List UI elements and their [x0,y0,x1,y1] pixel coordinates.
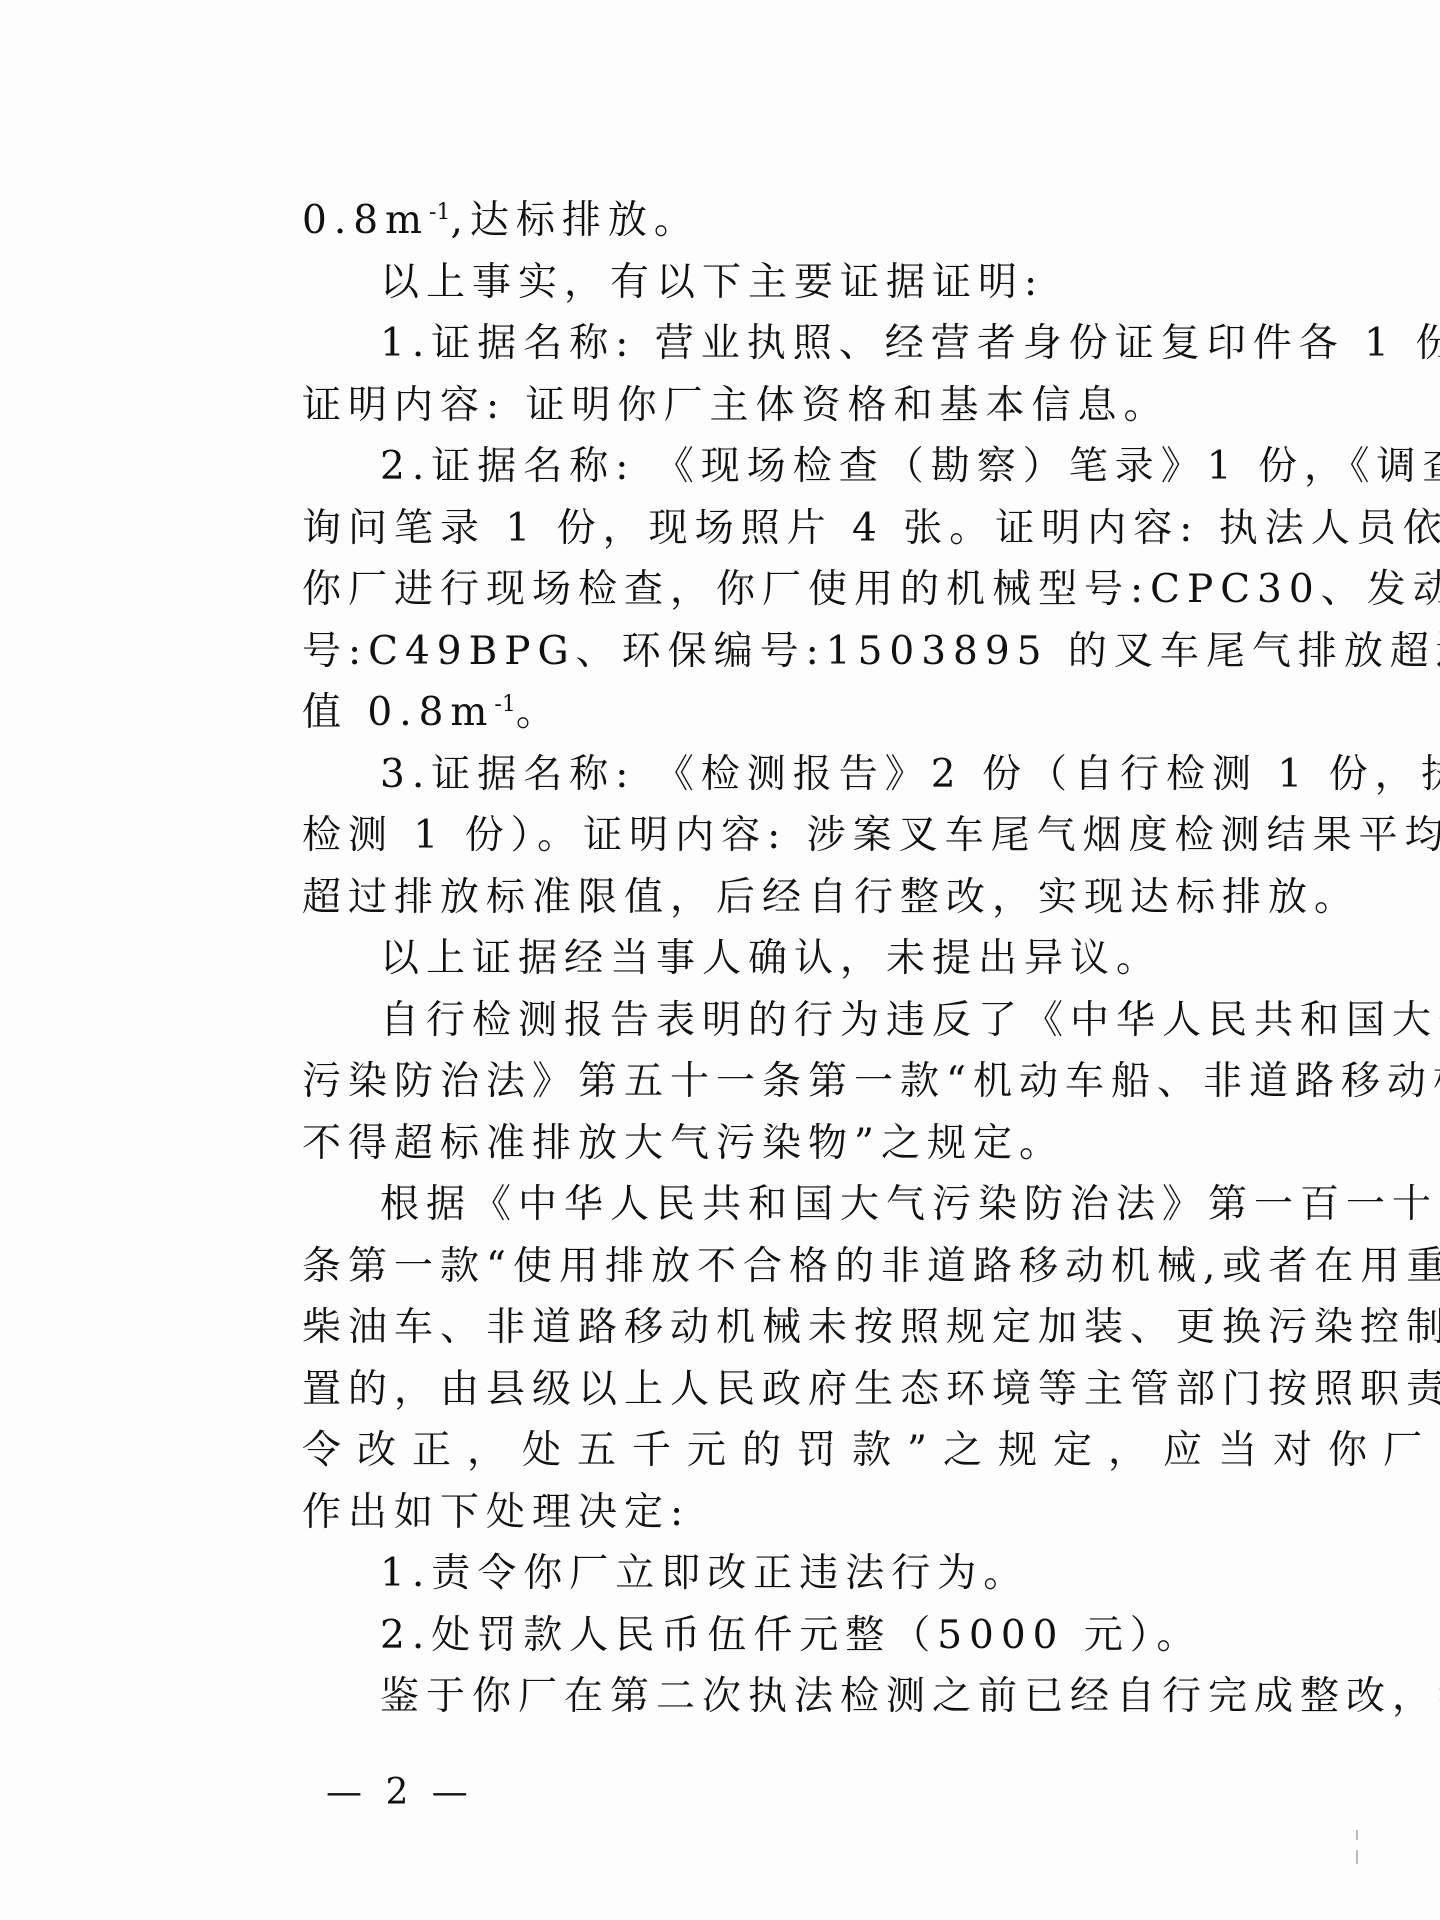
text-line: 以上证据经当事人确认，未提出异议。 [302,928,1278,990]
decision-2: 2.处罚款人民币伍仟元整（5000 元）。 [302,1605,1278,1667]
text-run: 。 [516,690,562,735]
superscript: -1 [494,692,515,717]
document-page: 0.8m-1,达标排放。 以上事实，有以下主要证据证明: 1.证据名称: 营业执… [0,0,1440,1920]
text-line: 鉴于你厂在第二次执法检测之前已经自行完成整改，我 [302,1666,1278,1728]
evidence-2: 2.证据名称: 《现场检查（勘察）笔录》1 份，《调查 [302,436,1278,498]
text-line: 污染防治法》第五十一条第一款“机动车船、非道路移动机械 [302,1051,1278,1113]
scan-edge-mark [1356,1830,1358,1840]
text-line: 条第一款“使用排放不合格的非道路移动机械,或者在用重型 [302,1236,1278,1298]
text-run: 0.8m [302,198,429,243]
scan-edge-mark [1356,1850,1358,1864]
text-line: 置的，由县级以上人民政府生态环境等主管部门按照职责责 [302,1359,1278,1421]
document-body: 0.8m-1,达标排放。 以上事实，有以下主要证据证明: 1.证据名称: 营业执… [302,190,1278,1728]
text-line: 0.8m-1,达标排放。 [302,190,1278,252]
text-line: 超过排放标准限值，后经自行整改，实现达标排放。 [302,867,1278,929]
text-line: 你厂进行现场检查，你厂使用的机械型号:CPC30、发动机型 [302,559,1278,621]
text-run: ,达标排放。 [450,198,699,243]
text-line: 值 0.8m-1。 [302,682,1278,744]
text-line: 证明内容: 证明你厂主体资格和基本信息。 [302,375,1278,437]
decision-1: 1.责令你厂立即改正违法行为。 [302,1543,1278,1605]
text-line: 作出如下处理决定: [302,1482,1278,1544]
text-line: 询问笔录 1 份，现场照片 4 张。证明内容: 执法人员依法对 [302,498,1278,560]
page-number: — 2 — [326,1772,474,1813]
text-line: 以上事实，有以下主要证据证明: [302,252,1278,314]
text-run: 值 0.8m [302,690,494,735]
text-line: 号:C49BPG、环保编号:1503895 的叉车尾气排放超过标准限 [302,621,1278,683]
text-line: 检测 1 份）。证明内容: 涉案叉车尾气烟度检测结果平均值 [302,805,1278,867]
text-line: 根据《中华人民共和国大气污染防治法》第一百一十四 [302,1174,1278,1236]
evidence-1: 1.证据名称: 营业执照、经营者身份证复印件各 1 份, [302,313,1278,375]
text-line: 自行检测报告表明的行为违反了《中华人民共和国大气 [302,990,1278,1052]
text-line: 不得超标准排放大气污染物”之规定。 [302,1113,1278,1175]
text-line: 柴油车、非道路移动机械未按照规定加装、更换污染控制装 [302,1297,1278,1359]
evidence-3: 3.证据名称: 《检测报告》2 份（自行检测 1 份，执法 [302,744,1278,806]
superscript: -1 [429,200,450,225]
text-line: 令改正，处五千元的罚款”之规定，应当对你厂 [302,1420,1278,1482]
